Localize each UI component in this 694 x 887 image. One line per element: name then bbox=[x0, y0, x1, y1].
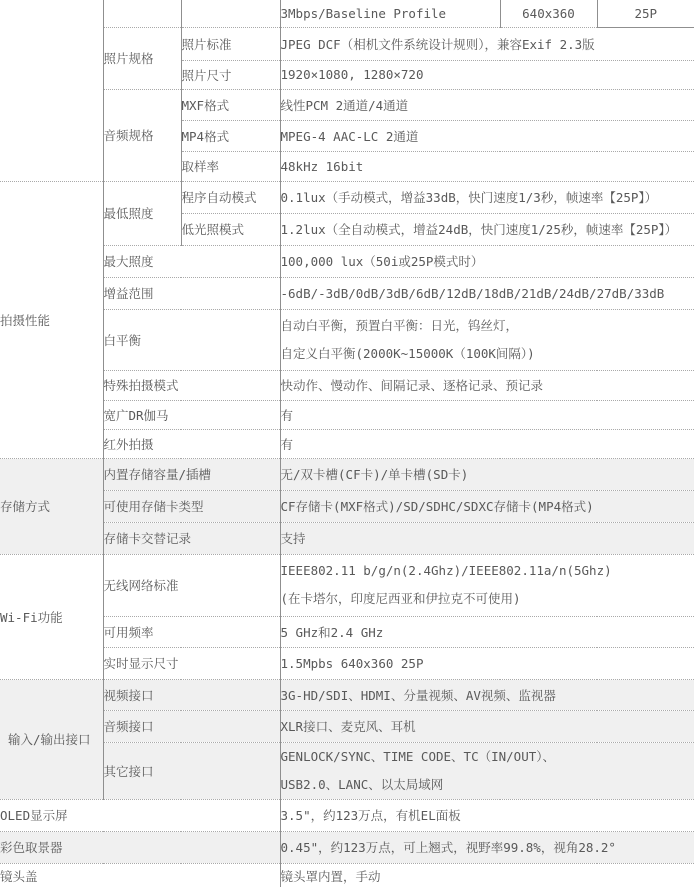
min-illum-lowlight-value: 1.2lux（全自动模式，增益24dB，快门速度1/25秒，帧速率【25P】） bbox=[280, 213, 694, 245]
photo-size-label: 照片尺寸 bbox=[181, 60, 280, 89]
max-illum-value: 100,000 lux（50i或25P模式时） bbox=[280, 245, 694, 277]
table-row: 存储卡交替记录 支持 bbox=[0, 522, 694, 554]
io-audio-label: 音频接口 bbox=[103, 710, 280, 742]
photo-standard-value: JPEG DCF（相机文件系统设计规则），兼容Exif 2.3版 bbox=[280, 27, 694, 60]
section-shooting: 拍摄性能 bbox=[0, 181, 103, 458]
storage-relay-label: 存储卡交替记录 bbox=[103, 522, 280, 554]
max-illum-label: 最大照度 bbox=[103, 245, 280, 277]
section-cell-empty bbox=[0, 0, 103, 181]
wifi-standard-line1: IEEE802.11 b/g/n(2.4Ghz)/IEEE802.11a/n(5… bbox=[281, 557, 694, 585]
wifi-standard-label: 无线网络标准 bbox=[103, 554, 280, 616]
table-row: 可使用存储卡类型 CF存储卡(MXF格式)/SD/SDHC/SDXC存储卡(MP… bbox=[0, 490, 694, 522]
audio-sampling-value: 48kHz 16bit bbox=[280, 151, 694, 181]
white-balance-value: 自动白平衡，预置白平衡：日光，钨丝灯， 自定义白平衡(2000K~15000K（… bbox=[280, 309, 694, 370]
table-row: 增益范围 -6dB/-3dB/0dB/3dB/6dB/12dB/18dB/21d… bbox=[0, 277, 694, 309]
wifi-freq-value: 5 GHz和2.4 GHz bbox=[280, 616, 694, 647]
white-balance-label: 白平衡 bbox=[103, 309, 280, 370]
infrared-value: 有 bbox=[280, 429, 694, 458]
wide-dr-value: 有 bbox=[280, 400, 694, 429]
special-mode-value: 快动作、慢动作、间隔记录、逐格记录、预记录 bbox=[280, 370, 694, 400]
table-row: 输入/输出接口 视频接口 3G-HD/SDI、HDMI、分量视频、AV视频、监视… bbox=[0, 679, 694, 710]
min-illum-lowlight-label: 低光照模式 bbox=[181, 213, 280, 245]
io-other-line1: GENLOCK/SYNC、TIME CODE、TC（IN/OUT）、 bbox=[281, 743, 694, 771]
table-row: 红外拍摄 有 bbox=[0, 429, 694, 458]
min-illum-label: 最低照度 bbox=[103, 181, 181, 245]
video-framerate-value: 25P bbox=[597, 0, 694, 27]
wifi-live-size-label: 实时显示尺寸 bbox=[103, 647, 280, 679]
photo-standard-label: 照片标准 bbox=[181, 27, 280, 60]
table-row: 拍摄性能 最低照度 程序自动模式 0.1lux（手动模式，增益33dB，快门速度… bbox=[0, 181, 694, 213]
wifi-freq-label: 可用频率 bbox=[103, 616, 280, 647]
table-row: 彩色取景器 0.45"，约123万点，可上翘式，视野率99.8%，视角28.2° bbox=[0, 831, 694, 863]
spec-page: 3Mbps/Baseline Profile 640x360 25P 照片规格 … bbox=[0, 0, 694, 887]
table-row: 宽广DR伽马 有 bbox=[0, 400, 694, 429]
gain-label: 增益范围 bbox=[103, 277, 280, 309]
camera-spec-table: 3Mbps/Baseline Profile 640x360 25P 照片规格 … bbox=[0, 0, 694, 887]
subcat-cell-empty bbox=[103, 0, 181, 27]
lens-cap-value: 镜头罩内置，手动 bbox=[280, 863, 694, 887]
lens-cap-label: 镜头盖 bbox=[0, 863, 280, 887]
video-resolution-value: 640x360 bbox=[500, 0, 597, 27]
io-video-label: 视频接口 bbox=[103, 679, 280, 710]
storage-slots-value: 无/双卡槽(CF卡)/单卡槽(SD卡) bbox=[280, 458, 694, 490]
audio-mp4-value: MPEG-4 AAC-LC 2通道 bbox=[280, 120, 694, 151]
table-row: 特殊拍摄模式 快动作、慢动作、间隔记录、逐格记录、预记录 bbox=[0, 370, 694, 400]
storage-relay-value: 支持 bbox=[280, 522, 694, 554]
audio-spec-group: 音频规格 bbox=[103, 89, 181, 181]
section-wifi: Wi-Fi功能 bbox=[0, 554, 103, 679]
table-row: 其它接口 GENLOCK/SYNC、TIME CODE、TC（IN/OUT）、 … bbox=[0, 742, 694, 799]
io-video-value: 3G-HD/SDI、HDMI、分量视频、AV视频、监视器 bbox=[280, 679, 694, 710]
gain-value: -6dB/-3dB/0dB/3dB/6dB/12dB/18dB/21dB/24d… bbox=[280, 277, 694, 309]
section-io: 输入/输出接口 bbox=[0, 679, 103, 799]
storage-slots-label: 内置存储容量/插槽 bbox=[103, 458, 280, 490]
viewfinder-label: 彩色取景器 bbox=[0, 831, 280, 863]
min-illum-program-label: 程序自动模式 bbox=[181, 181, 280, 213]
io-other-line2: USB2.0、LANC、以太局域网 bbox=[281, 771, 694, 799]
table-row: 白平衡 自动白平衡，预置白平衡：日光，钨丝灯， 自定义白平衡(2000K~150… bbox=[0, 309, 694, 370]
wifi-standard-value: IEEE802.11 b/g/n(2.4Ghz)/IEEE802.11a/n(5… bbox=[280, 554, 694, 616]
white-balance-line1: 自动白平衡，预置白平衡：日光，钨丝灯， bbox=[281, 312, 694, 340]
min-illum-program-value: 0.1lux（手动模式，增益33dB，快门速度1/3秒，帧速率【25P】） bbox=[280, 181, 694, 213]
io-audio-value: XLR接口、麦克风、耳机 bbox=[280, 710, 694, 742]
table-row: 存储方式 内置存储容量/插槽 无/双卡槽(CF卡)/单卡槽(SD卡) bbox=[0, 458, 694, 490]
white-balance-line2: 自定义白平衡(2000K~15000K（100K间隔）) bbox=[281, 340, 694, 368]
audio-mxf-label: MXF格式 bbox=[181, 89, 280, 120]
wifi-standard-line2: (在卡塔尔，印度尼西亚和伊拉克不可使用) bbox=[281, 585, 694, 613]
table-row: 实时显示尺寸 1.5Mpbs 640x360 25P bbox=[0, 647, 694, 679]
table-row: 音频规格 MXF格式 线性PCM 2通道/4通道 bbox=[0, 89, 694, 120]
wide-dr-label: 宽广DR伽马 bbox=[103, 400, 280, 429]
oled-label: OLED显示屏 bbox=[0, 799, 280, 831]
table-row: Wi-Fi功能 无线网络标准 IEEE802.11 b/g/n(2.4Ghz)/… bbox=[0, 554, 694, 616]
special-mode-label: 特殊拍摄模式 bbox=[103, 370, 280, 400]
table-row: 最大照度 100,000 lux（50i或25P模式时） bbox=[0, 245, 694, 277]
table-row: 镜头盖 镜头罩内置，手动 bbox=[0, 863, 694, 887]
table-row: OLED显示屏 3.5"，约123万点，有机EL面板 bbox=[0, 799, 694, 831]
table-row: 音频接口 XLR接口、麦克风、耳机 bbox=[0, 710, 694, 742]
infrared-label: 红外拍摄 bbox=[103, 429, 280, 458]
table-row: 照片规格 照片标准 JPEG DCF（相机文件系统设计规则），兼容Exif 2.… bbox=[0, 27, 694, 60]
io-other-value: GENLOCK/SYNC、TIME CODE、TC（IN/OUT）、 USB2.… bbox=[280, 742, 694, 799]
audio-sampling-label: 取样率 bbox=[181, 151, 280, 181]
table-row: 3Mbps/Baseline Profile 640x360 25P bbox=[0, 0, 694, 27]
table-row: 可用频率 5 GHz和2.4 GHz bbox=[0, 616, 694, 647]
storage-card-types-label: 可使用存储卡类型 bbox=[103, 490, 280, 522]
audio-mp4-label: MP4格式 bbox=[181, 120, 280, 151]
section-storage: 存储方式 bbox=[0, 458, 103, 554]
viewfinder-value: 0.45"，约123万点，可上翘式，视野率99.8%，视角28.2° bbox=[280, 831, 694, 863]
wifi-live-size-value: 1.5Mpbs 640x360 25P bbox=[280, 647, 694, 679]
photo-size-value: 1920×1080, 1280×720 bbox=[280, 60, 694, 89]
storage-card-types-value: CF存储卡(MXF格式)/SD/SDHC/SDXC存储卡(MP4格式) bbox=[280, 490, 694, 522]
io-other-label: 其它接口 bbox=[103, 742, 280, 799]
audio-mxf-value: 线性PCM 2通道/4通道 bbox=[280, 89, 694, 120]
subsub-cell-empty bbox=[181, 0, 280, 27]
oled-value: 3.5"，约123万点，有机EL面板 bbox=[280, 799, 694, 831]
video-bitrate-value: 3Mbps/Baseline Profile bbox=[280, 0, 500, 27]
photo-spec-group: 照片规格 bbox=[103, 27, 181, 89]
